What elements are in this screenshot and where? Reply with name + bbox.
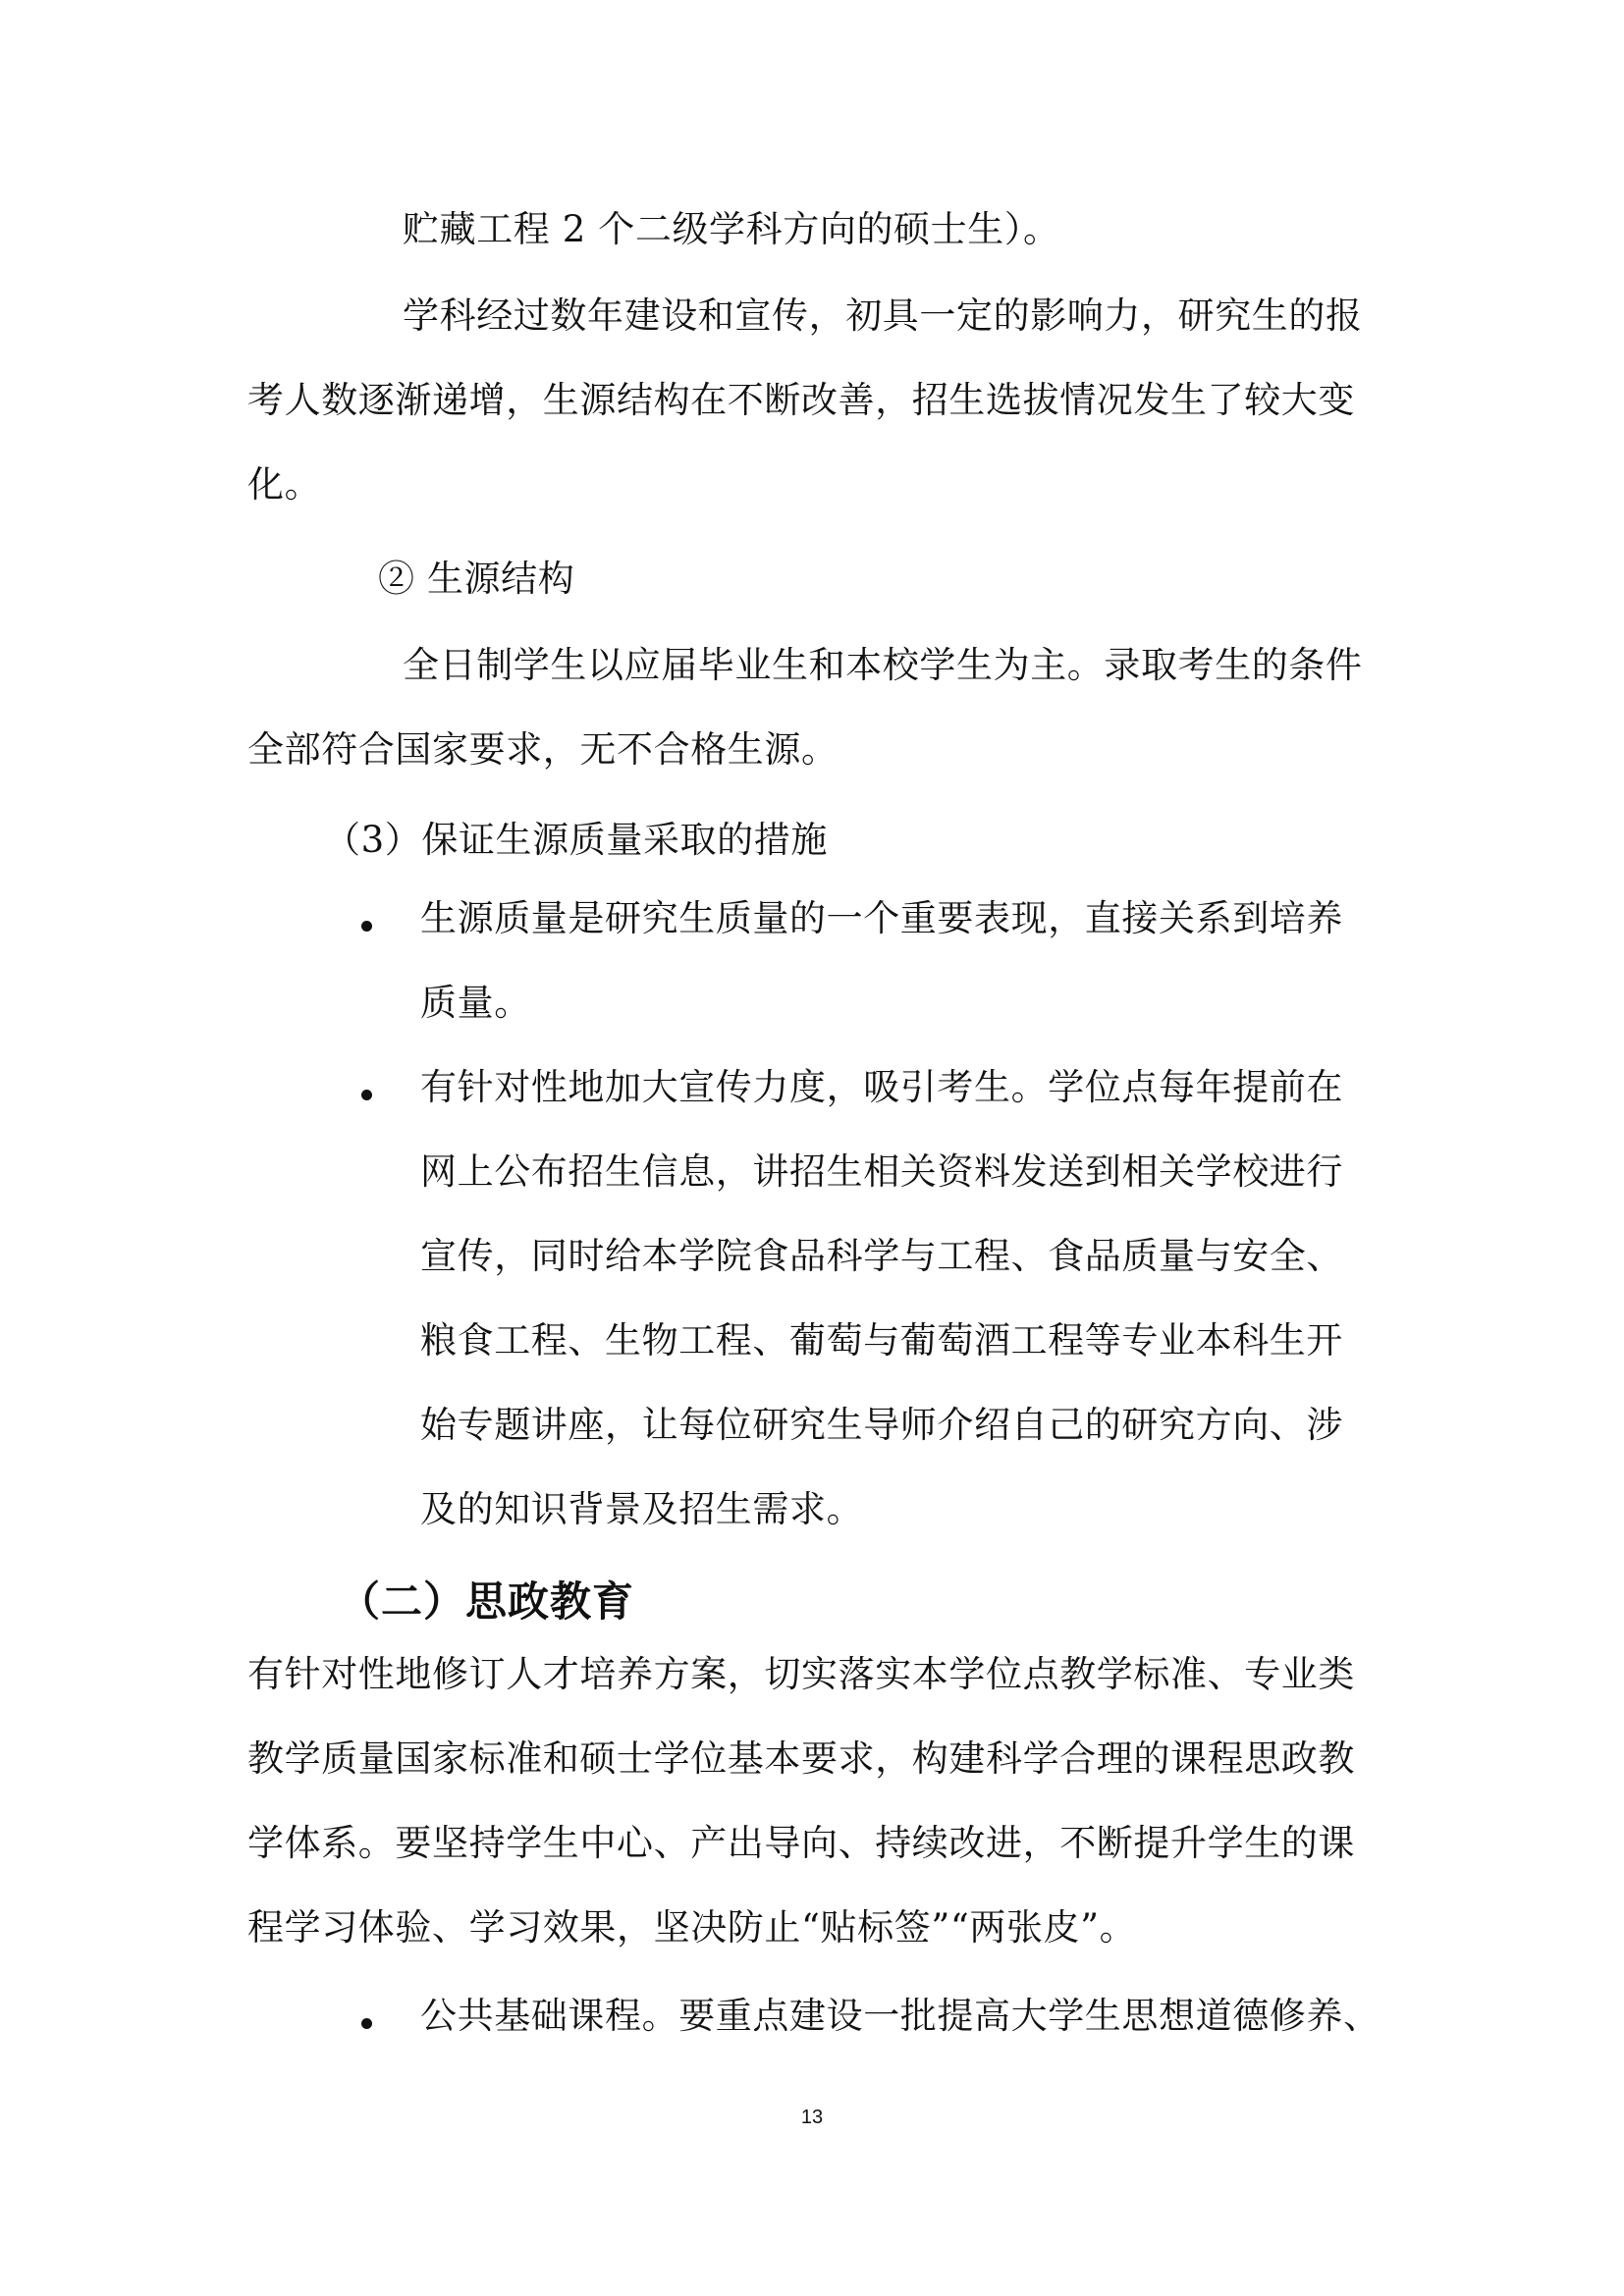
page-number: 13 — [0, 2107, 1624, 2129]
list-item-line: 网上公布招生信息，讲招生相关资料发送到相关学校进行 — [420, 1150, 1343, 1194]
paragraph-line: 考人数逐渐递增，生源结构在不断改善，招生选拔情况发生了较大变 — [247, 379, 1355, 422]
bullet-icon — [361, 921, 372, 932]
paragraph-line: 学体系。要坚持学生中心、产出导向、持续改进，不断提升学生的课 — [247, 1822, 1355, 1865]
list-item-line: 生源质量是研究生质量的一个重要表现，直接关系到培养 — [420, 897, 1343, 940]
subheading-measures: （3）保证生源质量采取的措施 — [324, 819, 828, 862]
list-item-line: 及的知识背景及招生需求。 — [420, 1488, 863, 1531]
paragraph-line: 学科经过数年建设和宣传，初具一定的影响力，研究生的报 — [403, 294, 1363, 338]
paragraph-line: 教学质量国家标准和硕士学位基本要求，构建科学合理的课程思政教 — [247, 1737, 1355, 1781]
section-heading: （二）思政教育 — [339, 1578, 634, 1626]
paragraph-line: 有针对性地修订人才培养方案，切实落实本学位点教学标准、专业类 — [247, 1653, 1355, 1696]
list-item-line: 宣传，同时给本学院食品科学与工程、食品质量与安全、 — [420, 1235, 1343, 1278]
paragraph-line: 程学习体验、学习效果，坚决防止“贴标签”“两张皮”。 — [247, 1906, 1136, 1949]
bullet-icon — [361, 2018, 372, 2029]
list-item-line: 公共基础课程。要重点建设一批提高大学生思想道德修养、 — [420, 1995, 1380, 2038]
paragraph-line: 贮藏工程 2 个二级学科方向的硕士生）。 — [403, 208, 1060, 251]
subheading-source-structure: ② 生源结构 — [378, 558, 574, 601]
bullet-icon — [361, 1090, 372, 1100]
paragraph-line: 化。 — [247, 463, 321, 507]
list-item-line: 始专题讲座，让每位研究生导师介绍自己的研究方向、涉 — [420, 1404, 1343, 1447]
paragraph-line: 全部符合国家要求，无不合格生源。 — [247, 728, 839, 772]
list-item-line: 质量。 — [420, 982, 531, 1025]
list-item-line: 粮食工程、生物工程、葡萄与葡萄酒工程等专业本科生开 — [420, 1319, 1343, 1362]
list-item-line: 有针对性地加大宣传力度，吸引考生。学位点每年提前在 — [420, 1066, 1343, 1109]
paragraph-line: 全日制学生以应届毕业生和本校学生为主。录取考生的条件 — [403, 644, 1363, 687]
